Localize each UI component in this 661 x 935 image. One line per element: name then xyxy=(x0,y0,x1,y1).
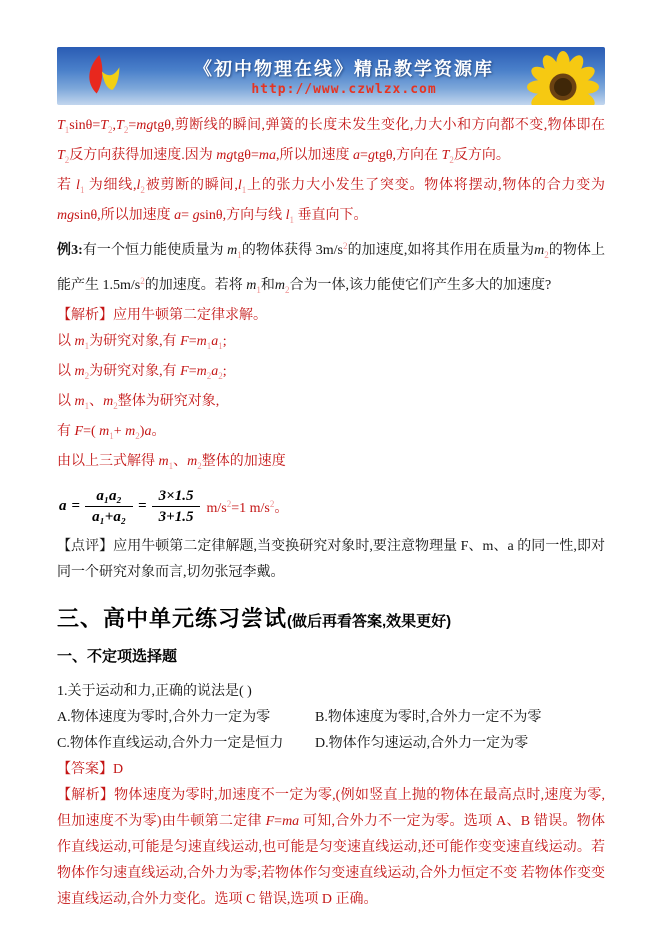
option-d: D.物体作匀速运动,合外力一定为零 xyxy=(315,731,528,757)
subsection-heading: 一、不定项选择题 xyxy=(57,646,605,668)
banner-title: 《初中物理在线》精品教学资源库 xyxy=(129,55,559,81)
section-heading-title: 三、高中单元练习尝试 xyxy=(57,606,287,631)
paragraph-example3-analysis-intro: 【解析】应用牛顿第二定律求解。 xyxy=(57,303,605,329)
fraction-denominator: 3+1.5 xyxy=(152,507,201,527)
fraction-denominator: a₁+a₂ xyxy=(85,507,133,527)
fraction-numerator: 3×1.5 xyxy=(152,486,201,507)
answer-line: 【答案】D xyxy=(57,757,605,783)
formula-fraction-numeric: 3×1.5 3+1.5 xyxy=(152,486,201,527)
question-1-analysis: 【解析】物体速度为零时,加速度不一定为零,(例如竖直上抛的物体在最高点时,速度为… xyxy=(57,783,605,913)
banner-url-link[interactable]: http://www.czwlzx.com xyxy=(129,82,559,97)
acceleration-formula: a = a₁a₂ a₁+a₂ = 3×1.5 3+1.5 m/s2=1 m/s2… xyxy=(59,486,605,527)
option-c: C.物体作直线运动,合外力一定是恒力 xyxy=(57,731,315,757)
paragraph-object-m2: 以 m2为研究对象,有 F=m2a2; xyxy=(57,359,605,389)
paragraph-whole-system: 以 m1、m2整体为研究对象, xyxy=(57,389,605,419)
paragraph-comment: 【点评】应用牛顿第二定律解题,当变换研究对象时,要注意物理量 F、m、a 的同一… xyxy=(57,534,605,586)
options-row-ab: A.物体速度为零时,合外力一定为零 B.物体速度为零时,合外力一定不为零 xyxy=(57,705,605,731)
formula-equals: = xyxy=(72,498,81,515)
fraction-numerator: a₁a₂ xyxy=(85,486,133,507)
paragraph-equation-whole: 有 F=( m1+ m2)a。 xyxy=(57,419,605,449)
formula-equals: = xyxy=(138,498,147,515)
site-logo-icon xyxy=(73,52,129,100)
options-row-cd: C.物体作直线运动,合外力一定是恒力 D.物体作匀速运动,合外力一定为零 xyxy=(57,731,605,757)
section-heading-note: (做后再看答案,效果更好) xyxy=(287,613,451,630)
site-banner: 《初中物理在线》精品教学资源库 http://www.czwlzx.com xyxy=(57,47,605,105)
paragraph-string-analysis: 若 l1 为细线,l2被剪断的瞬间,l1上的张力大小发生了突变。物体将摆动,物体… xyxy=(57,173,605,233)
formula-fraction-symbolic: a₁a₂ a₁+a₂ xyxy=(85,486,133,527)
option-a: A.物体速度为零时,合外力一定为零 xyxy=(57,705,315,731)
paragraph-spring-analysis: T1sinθ=T2,T2=mgtgθ,剪断线的瞬间,弹簧的长度未发生变化,力大小… xyxy=(57,113,605,173)
paragraph-solve-statement: 由以上三式解得 m1、m2整体的加速度 xyxy=(57,449,605,479)
paragraph-example-3: 例3:有一个恒力能使质量为 m1的物体获得 3m/s2的加速度,如将其作用在质量… xyxy=(57,233,605,303)
formula-lhs: a xyxy=(59,498,67,515)
sunflower-image xyxy=(527,51,599,105)
option-b: B.物体速度为零时,合外力一定不为零 xyxy=(315,705,541,731)
question-1: 1.关于运动和力,正确的说法是( ) xyxy=(57,679,605,705)
section-heading: 三、高中单元练习尝试(做后再看答案,效果更好) xyxy=(57,602,605,633)
formula-result: m/s2=1 m/s2。 xyxy=(206,497,288,517)
paragraph-object-m1: 以 m1为研究对象,有 F=m1a1; xyxy=(57,329,605,359)
document-page: 《初中物理在线》精品教学资源库 http://www.czwlzx.com xyxy=(0,0,661,913)
